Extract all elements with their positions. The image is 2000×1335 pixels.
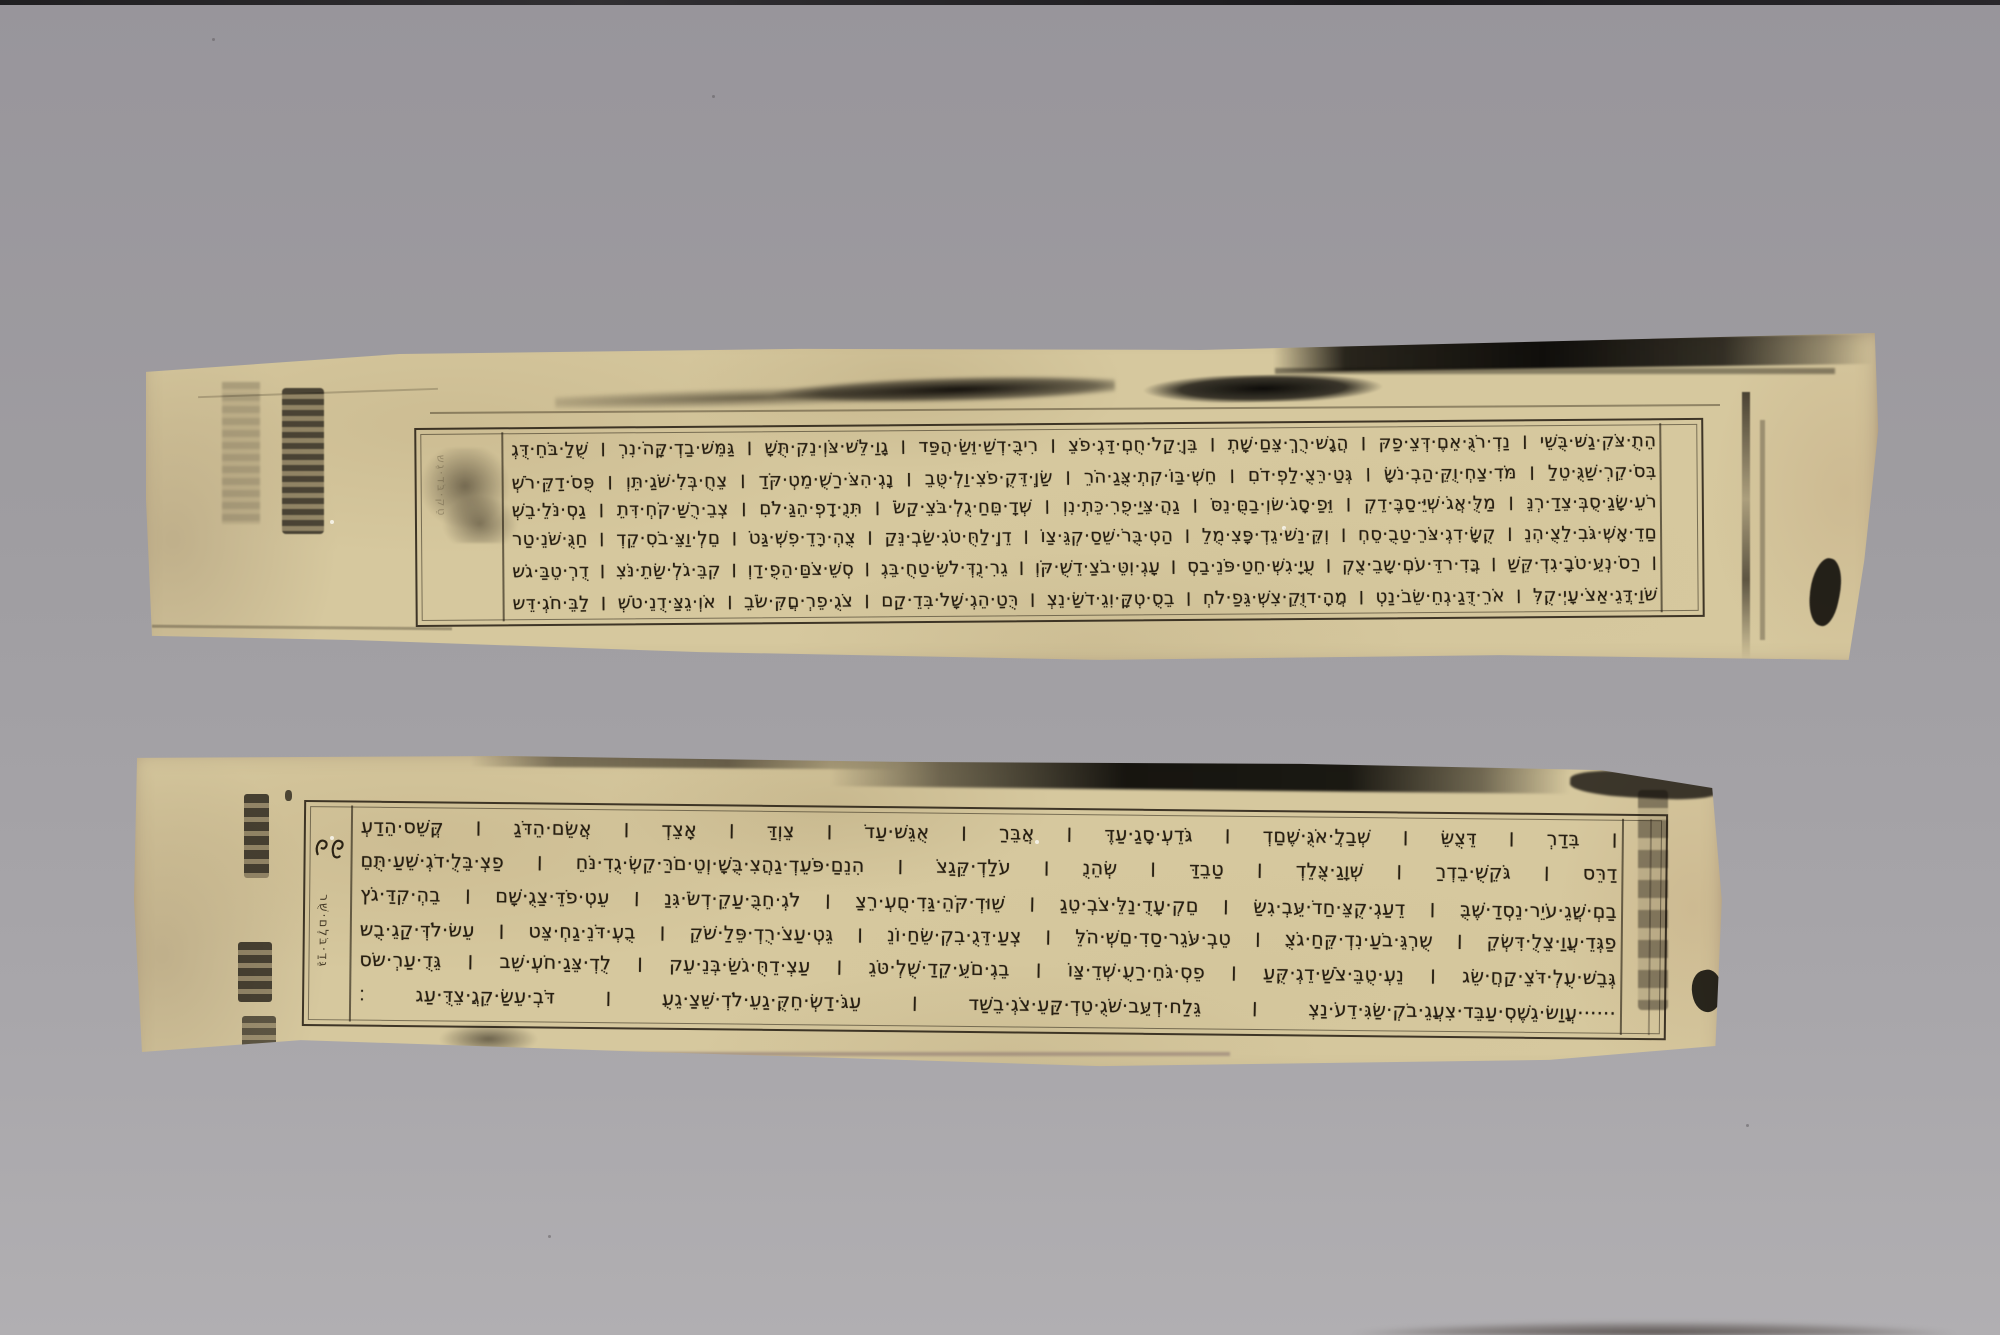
photograph-of-manuscript: טֵק·בֹּד·גֵש הֵתֻ·צֹּקִ·גַשּׁ·בֻּשֵׁי ׀ … bbox=[0, 0, 2000, 1335]
text-line: רֹעֵ·שָׂגַ·סֻבְּ·צֵדַ·רְנֵּ ׀ מַלֻּ·אֲגֹ… bbox=[512, 490, 1657, 522]
text-frame: טֵק·בֹּד·גֵש הֵתֻ·צֹּקִ·גַשּׁ·בֻּשֵׁי ׀ … bbox=[414, 418, 1705, 627]
text-line: פַגְּדֵ·עֲוַ·צֵלֻ·דִּשְׂקֵ ׀ שֻרְגֵּ·בֹע… bbox=[360, 917, 1617, 955]
dust-speck bbox=[548, 1235, 551, 1238]
text-line: םַדֵ·אָשְׁ·גֹּבִ·לֵצֻ·הְנֵ ׀ קֻשָּׂ·דִגְ… bbox=[512, 521, 1657, 551]
text-line: בַםְ·שֲׁגֵ·עֹיֵר·נֵסְדַ·שֶׁבֻּ ׀ דֵעַגְ·… bbox=[360, 882, 1617, 924]
text-line: בִּסֹ·קֵרְ·שַׁגֻּ·טֵלַ ׀ מֹּדִ·צַחְ·וֻקֵ… bbox=[512, 459, 1657, 494]
text-block: הֵתֻ·צֹּקִ·גַשּׁ·בֻּשֵׁי ׀ נַדְ·רֹגֻּ·אֵ… bbox=[511, 429, 1657, 614]
dust-speck bbox=[1746, 1124, 1749, 1127]
left-margin-ghost-marks: טֵק·בֹּד·גֵש bbox=[434, 455, 448, 605]
dust-speck bbox=[212, 38, 215, 41]
paper-speck bbox=[1035, 840, 1039, 844]
text-frame: גֵּדַ·בֹּלֶם·שֻׁר ׀ בִּדַרְ ׀ דֵּצֻשֵּׂ … bbox=[302, 800, 1668, 1040]
text-line: דַרֵּס ׀ גֹּקֵשֻׁ·בֵדְרַ ׀ שְׁוָגַ·צֻּלֵ… bbox=[360, 849, 1617, 887]
upper-folio: טֵק·בֹּד·גֵש הֵתֻ·צֹּקִ·גַשּׁ·בֻּשֵׁי ׀ … bbox=[138, 330, 1880, 668]
paper-speck bbox=[330, 836, 334, 840]
left-margin-vertical-text: גֵּדַ·בֹּלֶם·שֻׁר bbox=[316, 894, 331, 1012]
paper-speck bbox=[1282, 526, 1286, 530]
text-block: ׀ בִּדַרְ ׀ דֵּצֻשֵּׂ ׀ שְׁבַלֲ·אֹגֻּ·שֶ… bbox=[359, 815, 1618, 1024]
paper-speck bbox=[330, 520, 334, 524]
lower-folio: גֵּדַ·בֹּלֶם·שֻׁר ׀ בִּדַרְ ׀ דֵּצֻשֵּׂ … bbox=[130, 750, 1725, 1080]
dust-speck bbox=[712, 95, 715, 98]
photo-top-edge-strip bbox=[0, 0, 2000, 5]
text-line: ׀ רַסֹ·נְעֵּ·טֹבָ·גִדְ·קֵּשַׁ ׀ בֲּדִ·רד… bbox=[512, 551, 1657, 583]
photo-bottom-edge-texture bbox=[1340, 1319, 1968, 1335]
